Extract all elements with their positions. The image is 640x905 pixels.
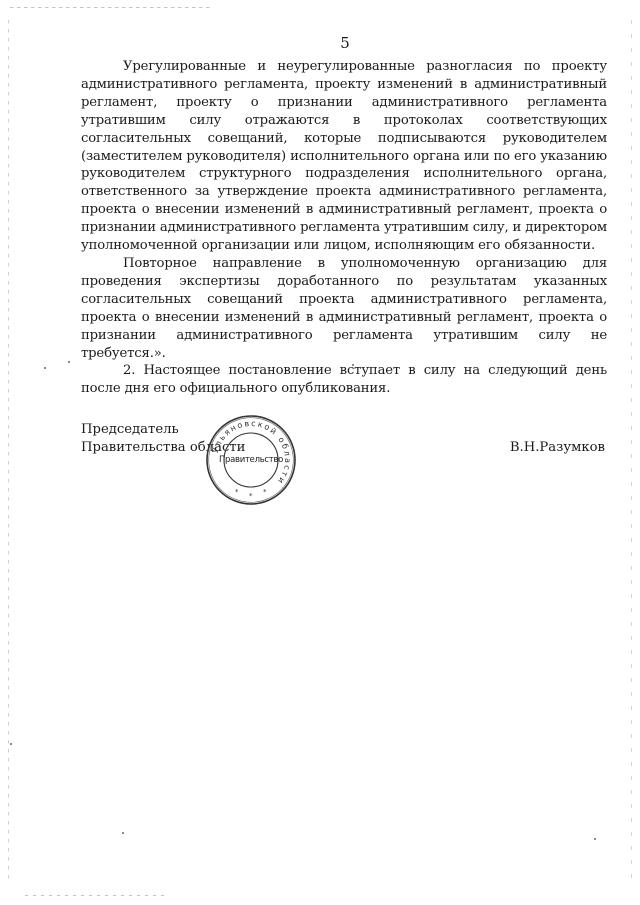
scan-speck	[44, 367, 46, 369]
scan-speck	[352, 364, 354, 366]
signatory-title-line-1: Председатель	[81, 421, 607, 439]
scan-artifact-top	[10, 7, 210, 8]
scan-speck	[122, 832, 124, 834]
page-number: 5	[0, 34, 640, 52]
seal-center-text: Правительство	[205, 414, 297, 506]
paragraph-repeat-review: Повторное направление в уполномоченную о…	[81, 255, 607, 362]
scan-artifact-right	[631, 20, 632, 880]
document-body: Урегулированные и неурегулированные разн…	[81, 58, 607, 398]
scan-speck	[594, 838, 596, 840]
paragraph-disagreements: Урегулированные и неурегулированные разн…	[81, 58, 607, 255]
signature-block: Председатель Правительства области В.Н.Р…	[81, 421, 607, 457]
official-seal-stamp: Ульяновской области * * * Правительство	[205, 414, 297, 506]
paragraph-effective-date: 2. Настоящее постановление вступает в си…	[81, 362, 607, 398]
scan-speck	[10, 743, 12, 745]
scan-artifact-bottom	[25, 895, 165, 896]
signatory-name: В.Н.Разумков	[510, 439, 605, 457]
scan-artifact-left	[8, 20, 9, 880]
document-page: 5 Урегулированные и неурегулированные ра…	[0, 0, 640, 905]
scan-speck	[68, 361, 70, 363]
